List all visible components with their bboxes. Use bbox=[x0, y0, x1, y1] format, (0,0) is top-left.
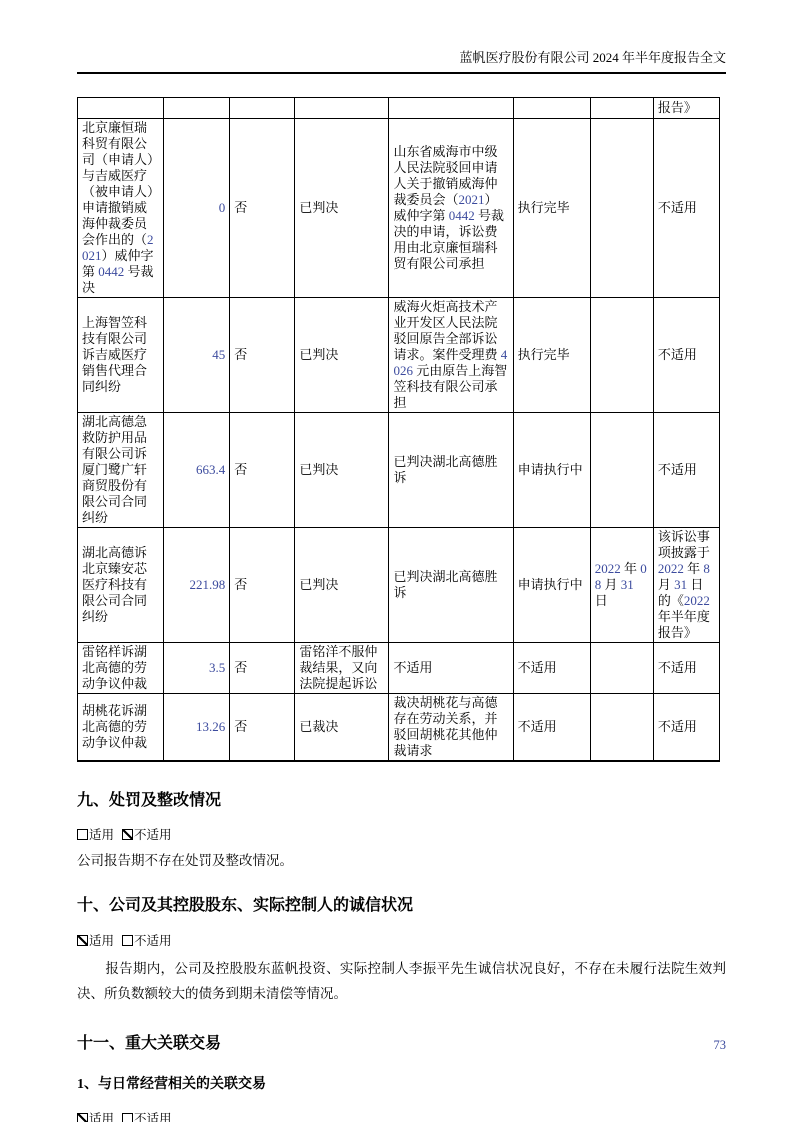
not-applicable-label: 不适用 bbox=[134, 828, 172, 842]
cell-progress: 已判决 bbox=[295, 413, 389, 528]
cell-index: 不适用 bbox=[653, 643, 719, 694]
cell-accrued: 否 bbox=[230, 413, 295, 528]
section-10-body: 报告期内，公司及控股股东蓝帆投资、实际控制人李振平先生诚信状况良好，不存在未履行… bbox=[77, 956, 726, 1006]
cell-empty bbox=[513, 98, 590, 119]
cell-date bbox=[590, 413, 653, 528]
cell-result: 威海火炬高技术产业开发区人民法院驳回原告全部诉讼请求。案件受理费 4026 元由… bbox=[389, 298, 513, 413]
cell-result: 已判决湖北高德胜诉 bbox=[389, 413, 513, 528]
running-header-title: 蓝帆医疗股份有限公司 2024 年半年度报告全文 bbox=[459, 50, 726, 65]
cell-case: 北京廉恒瑞科贸有限公司（申请人）与吉威医疗（被申请人）申请撤销威海仲裁委员会作出… bbox=[78, 119, 164, 298]
litigation-table: 报告》 北京廉恒瑞科贸有限公司（申请人）与吉威医疗（被申请人）申请撤销威海仲裁委… bbox=[77, 97, 720, 762]
carryover-row: 报告》 bbox=[78, 98, 720, 119]
cell-execution: 申请执行中 bbox=[513, 528, 590, 643]
section-11-applicability: 适用不适用 bbox=[77, 1111, 726, 1122]
cell-result: 已判决湖北高德胜诉 bbox=[389, 528, 513, 643]
page-number: 73 bbox=[714, 1038, 727, 1053]
table-row: 胡桃花诉湖北高德的劳动争议仲裁13.26否已裁决裁决胡桃花与高德存在劳动关系，并… bbox=[78, 694, 720, 762]
cell-amount: 3.5 bbox=[164, 643, 230, 694]
cell-accrued: 否 bbox=[230, 528, 295, 643]
section-9-applicability: 适用不适用 bbox=[77, 827, 726, 843]
applicable-label: 适用 bbox=[89, 828, 114, 842]
cell-amount: 13.26 bbox=[164, 694, 230, 762]
cell-amount: 663.4 bbox=[164, 413, 230, 528]
section-9-heading: 九、处罚及整改情况 bbox=[77, 790, 726, 811]
cell-empty bbox=[590, 98, 653, 119]
table-row: 雷铭样诉湖北高德的劳动争议仲裁3.5否雷铭洋不服仲裁结果，又向法院提起诉讼不适用… bbox=[78, 643, 720, 694]
cell-date bbox=[590, 643, 653, 694]
table-row: 湖北高德急救防护用品有限公司诉厦门鹭广轩商贸股份有限公司合同纠纷663.4否已判… bbox=[78, 413, 720, 528]
cell-execution: 不适用 bbox=[513, 643, 590, 694]
cell-empty bbox=[78, 98, 164, 119]
cell-accrued: 否 bbox=[230, 119, 295, 298]
cell-empty bbox=[230, 98, 295, 119]
cell-index: 该诉讼事项披露于 2022 年 8 月 31 日的《2022 年半年度报告》 bbox=[653, 528, 719, 643]
cell-empty bbox=[164, 98, 230, 119]
cell-progress: 已判决 bbox=[295, 298, 389, 413]
cell-amount: 45 bbox=[164, 298, 230, 413]
table-row: 上海智笠科技有限公司诉吉威医疗销售代理合同纠纷45否已判决威海火炬高技术产业开发… bbox=[78, 298, 720, 413]
cell-accrued: 否 bbox=[230, 643, 295, 694]
cell-progress: 已裁决 bbox=[295, 694, 389, 762]
cell-case: 雷铭样诉湖北高德的劳动争议仲裁 bbox=[78, 643, 164, 694]
applicable-label: 适用 bbox=[89, 1112, 114, 1122]
cell-index: 不适用 bbox=[653, 119, 719, 298]
checkbox-unchecked-icon bbox=[122, 935, 133, 946]
litigation-table-body: 报告》 北京廉恒瑞科贸有限公司（申请人）与吉威医疗（被申请人）申请撤销威海仲裁委… bbox=[78, 98, 720, 762]
cell-empty bbox=[295, 98, 389, 119]
cell-execution: 不适用 bbox=[513, 694, 590, 762]
cell-accrued: 否 bbox=[230, 298, 295, 413]
cell-date: 2022 年 08 月 31 日 bbox=[590, 528, 653, 643]
table-row: 北京廉恒瑞科贸有限公司（申请人）与吉威医疗（被申请人）申请撤销威海仲裁委员会作出… bbox=[78, 119, 720, 298]
cell-execution: 执行完毕 bbox=[513, 119, 590, 298]
cell-result: 裁决胡桃花与高德存在劳动关系，并驳回胡桃花其他仲裁请求 bbox=[389, 694, 513, 762]
cell-carryover: 报告》 bbox=[653, 98, 719, 119]
cell-case: 湖北高德诉北京臻安芯医疗科技有限公司合同纠纷 bbox=[78, 528, 164, 643]
cell-index: 不适用 bbox=[653, 298, 719, 413]
not-applicable-label: 不适用 bbox=[134, 1112, 172, 1122]
cell-result: 山东省威海市中级人民法院驳回申请人关于撤销威海仲裁委员会（2021）威仲字第 0… bbox=[389, 119, 513, 298]
checkbox-unchecked-icon bbox=[122, 1113, 133, 1122]
cell-amount: 0 bbox=[164, 119, 230, 298]
checkbox-checked-icon bbox=[77, 1113, 88, 1122]
section-11-sub-heading: 1、与日常经营相关的关联交易 bbox=[77, 1075, 726, 1094]
cell-case: 上海智笠科技有限公司诉吉威医疗销售代理合同纠纷 bbox=[78, 298, 164, 413]
cell-date bbox=[590, 298, 653, 413]
cell-accrued: 否 bbox=[230, 694, 295, 762]
cell-date bbox=[590, 119, 653, 298]
cell-index: 不适用 bbox=[653, 413, 719, 528]
cell-index: 不适用 bbox=[653, 694, 719, 762]
section-11-heading: 十一、重大关联交易 bbox=[77, 1033, 726, 1054]
report-page: 蓝帆医疗股份有限公司 2024 年半年度报告全文 报告》 北京廉恒瑞科贸有限公 bbox=[0, 0, 793, 1122]
cell-case: 胡桃花诉湖北高德的劳动争议仲裁 bbox=[78, 694, 164, 762]
cell-date bbox=[590, 694, 653, 762]
cell-progress: 已判决 bbox=[295, 119, 389, 298]
running-header: 蓝帆医疗股份有限公司 2024 年半年度报告全文 bbox=[77, 50, 726, 74]
checkbox-unchecked-icon bbox=[77, 829, 88, 840]
cell-amount: 221.98 bbox=[164, 528, 230, 643]
checkbox-checked-icon bbox=[122, 829, 133, 840]
checkbox-checked-icon bbox=[77, 935, 88, 946]
not-applicable-label: 不适用 bbox=[134, 934, 172, 948]
cell-empty bbox=[389, 98, 513, 119]
cell-result: 不适用 bbox=[389, 643, 513, 694]
section-10-applicability: 适用不适用 bbox=[77, 933, 726, 949]
section-9-body: 公司报告期不存在处罚及整改情况。 bbox=[77, 852, 726, 870]
cell-case: 湖北高德急救防护用品有限公司诉厦门鹭广轩商贸股份有限公司合同纠纷 bbox=[78, 413, 164, 528]
cell-execution: 申请执行中 bbox=[513, 413, 590, 528]
applicable-label: 适用 bbox=[89, 934, 114, 948]
cell-progress: 已判决 bbox=[295, 528, 389, 643]
table-row: 湖北高德诉北京臻安芯医疗科技有限公司合同纠纷221.98否已判决已判决湖北高德胜… bbox=[78, 528, 720, 643]
section-10-heading: 十、公司及其控股股东、实际控制人的诚信状况 bbox=[77, 895, 726, 916]
cell-execution: 执行完毕 bbox=[513, 298, 590, 413]
page-content: 蓝帆医疗股份有限公司 2024 年半年度报告全文 报告》 北京廉恒瑞科贸有限公 bbox=[77, 50, 726, 1122]
cell-progress: 雷铭洋不服仲裁结果，又向法院提起诉讼 bbox=[295, 643, 389, 694]
